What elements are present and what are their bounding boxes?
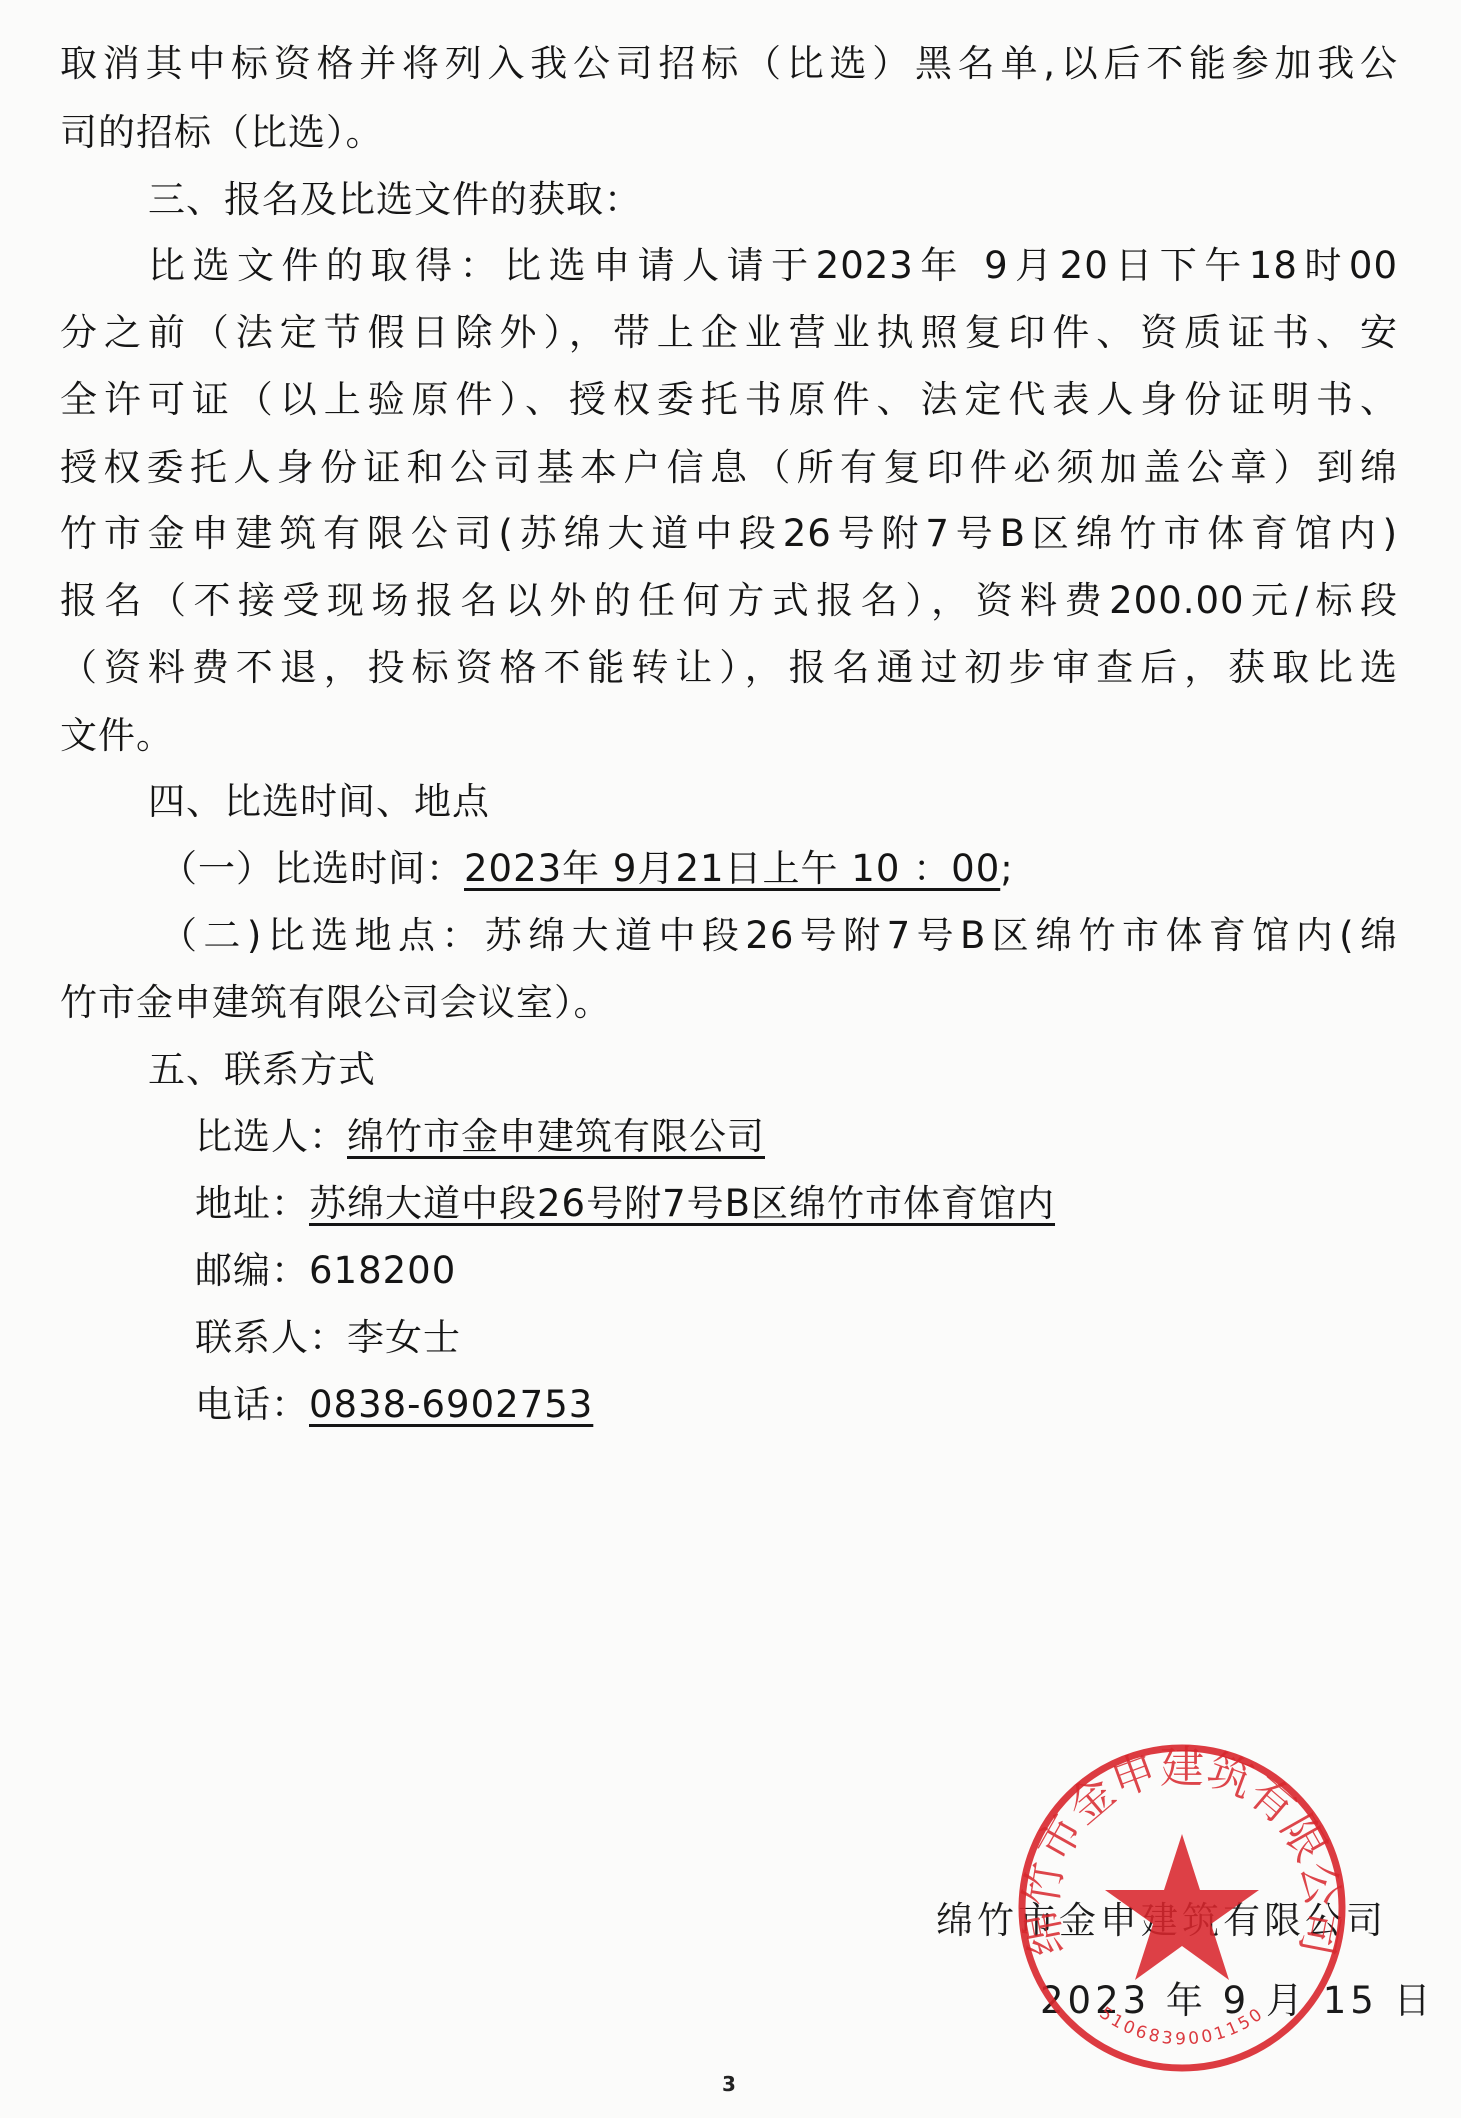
bid-time-label: （一）比选时间： xyxy=(160,847,464,890)
page-number: 3 xyxy=(722,2072,736,2096)
contact-postcode-label: 邮编： xyxy=(195,1249,309,1292)
bid-place-line-2: 竹市金申建筑有限公司会议室）。 xyxy=(60,981,612,1025)
signature-date: 2023 年 9 月 15 日 xyxy=(1040,1970,1435,2024)
bid-place-line: （二)比选地点：苏绵大道中段26号附7号B区绵竹市体育馆内(绵 xyxy=(160,914,1398,958)
paragraph-line: 报名（不接受现场报名以外的任何方式报名），资料费200.00元/标段 xyxy=(60,579,1398,623)
contact-phone-value: 0838-6902753 xyxy=(309,1383,593,1426)
contact-person: 联系人：李女士 xyxy=(195,1316,461,1360)
contact-selector: 比选人：绵竹市金申建筑有限公司 xyxy=(195,1115,765,1159)
paragraph-line: （资料费不退，投标资格不能转让），报名通过初步审查后，获取比选 xyxy=(60,646,1398,690)
bid-time-line: （一）比选时间：2023年 9月21日上午 10 ：00; xyxy=(160,847,1014,891)
signature-company: 绵竹市金申建筑有限公司 xyxy=(936,1890,1387,1944)
paragraph-line: 全许可证（以上验原件）、授权委托书原件、法定代表人身份证明书、 xyxy=(60,378,1398,422)
contact-person-label: 联系人： xyxy=(195,1316,347,1359)
contact-address: 地址：苏绵大道中段26号附7号B区绵竹市体育馆内 xyxy=(195,1182,1055,1226)
contact-person-value: 李女士 xyxy=(347,1316,461,1359)
contact-address-value: 苏绵大道中段26号附7号B区绵竹市体育馆内 xyxy=(309,1182,1055,1225)
paragraph-line: 授权委托人身份证和公司基本户信息（所有复印件必须加盖公章）到绵 xyxy=(60,446,1398,490)
section-heading-3: 三、报名及比选文件的获取： xyxy=(148,178,642,222)
paragraph-line: 比选文件的取得：比选申请人请于2023年 9月20日下午18时00 xyxy=(148,244,1398,288)
contact-postcode: 邮编：618200 xyxy=(195,1249,456,1293)
contact-phone: 电话：0838-6902753 xyxy=(195,1383,593,1427)
contact-selector-label: 比选人： xyxy=(195,1115,347,1158)
section-heading-5: 五、联系方式 xyxy=(148,1048,376,1092)
paragraph-line: 分之前（法定节假日除外），带上企业营业执照复印件、资质证书、安 xyxy=(60,311,1398,355)
paragraph-line: 竹市金申建筑有限公司(苏绵大道中段26号附7号B区绵竹市体育馆内) xyxy=(60,512,1398,556)
contact-postcode-value: 618200 xyxy=(309,1249,456,1292)
bid-time-end: ; xyxy=(1000,847,1013,890)
contact-phone-label: 电话： xyxy=(195,1383,309,1426)
paragraph-line: 文件。 xyxy=(60,714,174,758)
section-heading-4: 四、比选时间、地点 xyxy=(148,780,490,824)
contact-address-label: 地址： xyxy=(195,1182,309,1225)
paragraph-line: 取消其中标资格并将列入我公司招标（比选）黑名单,以后不能参加我公 xyxy=(60,42,1398,86)
paragraph-line: 司的招标（比选）。 xyxy=(60,111,384,155)
contact-selector-value: 绵竹市金申建筑有限公司 xyxy=(347,1115,765,1158)
bid-time-value: 2023年 9月21日上午 10 ：00 xyxy=(464,847,1000,890)
